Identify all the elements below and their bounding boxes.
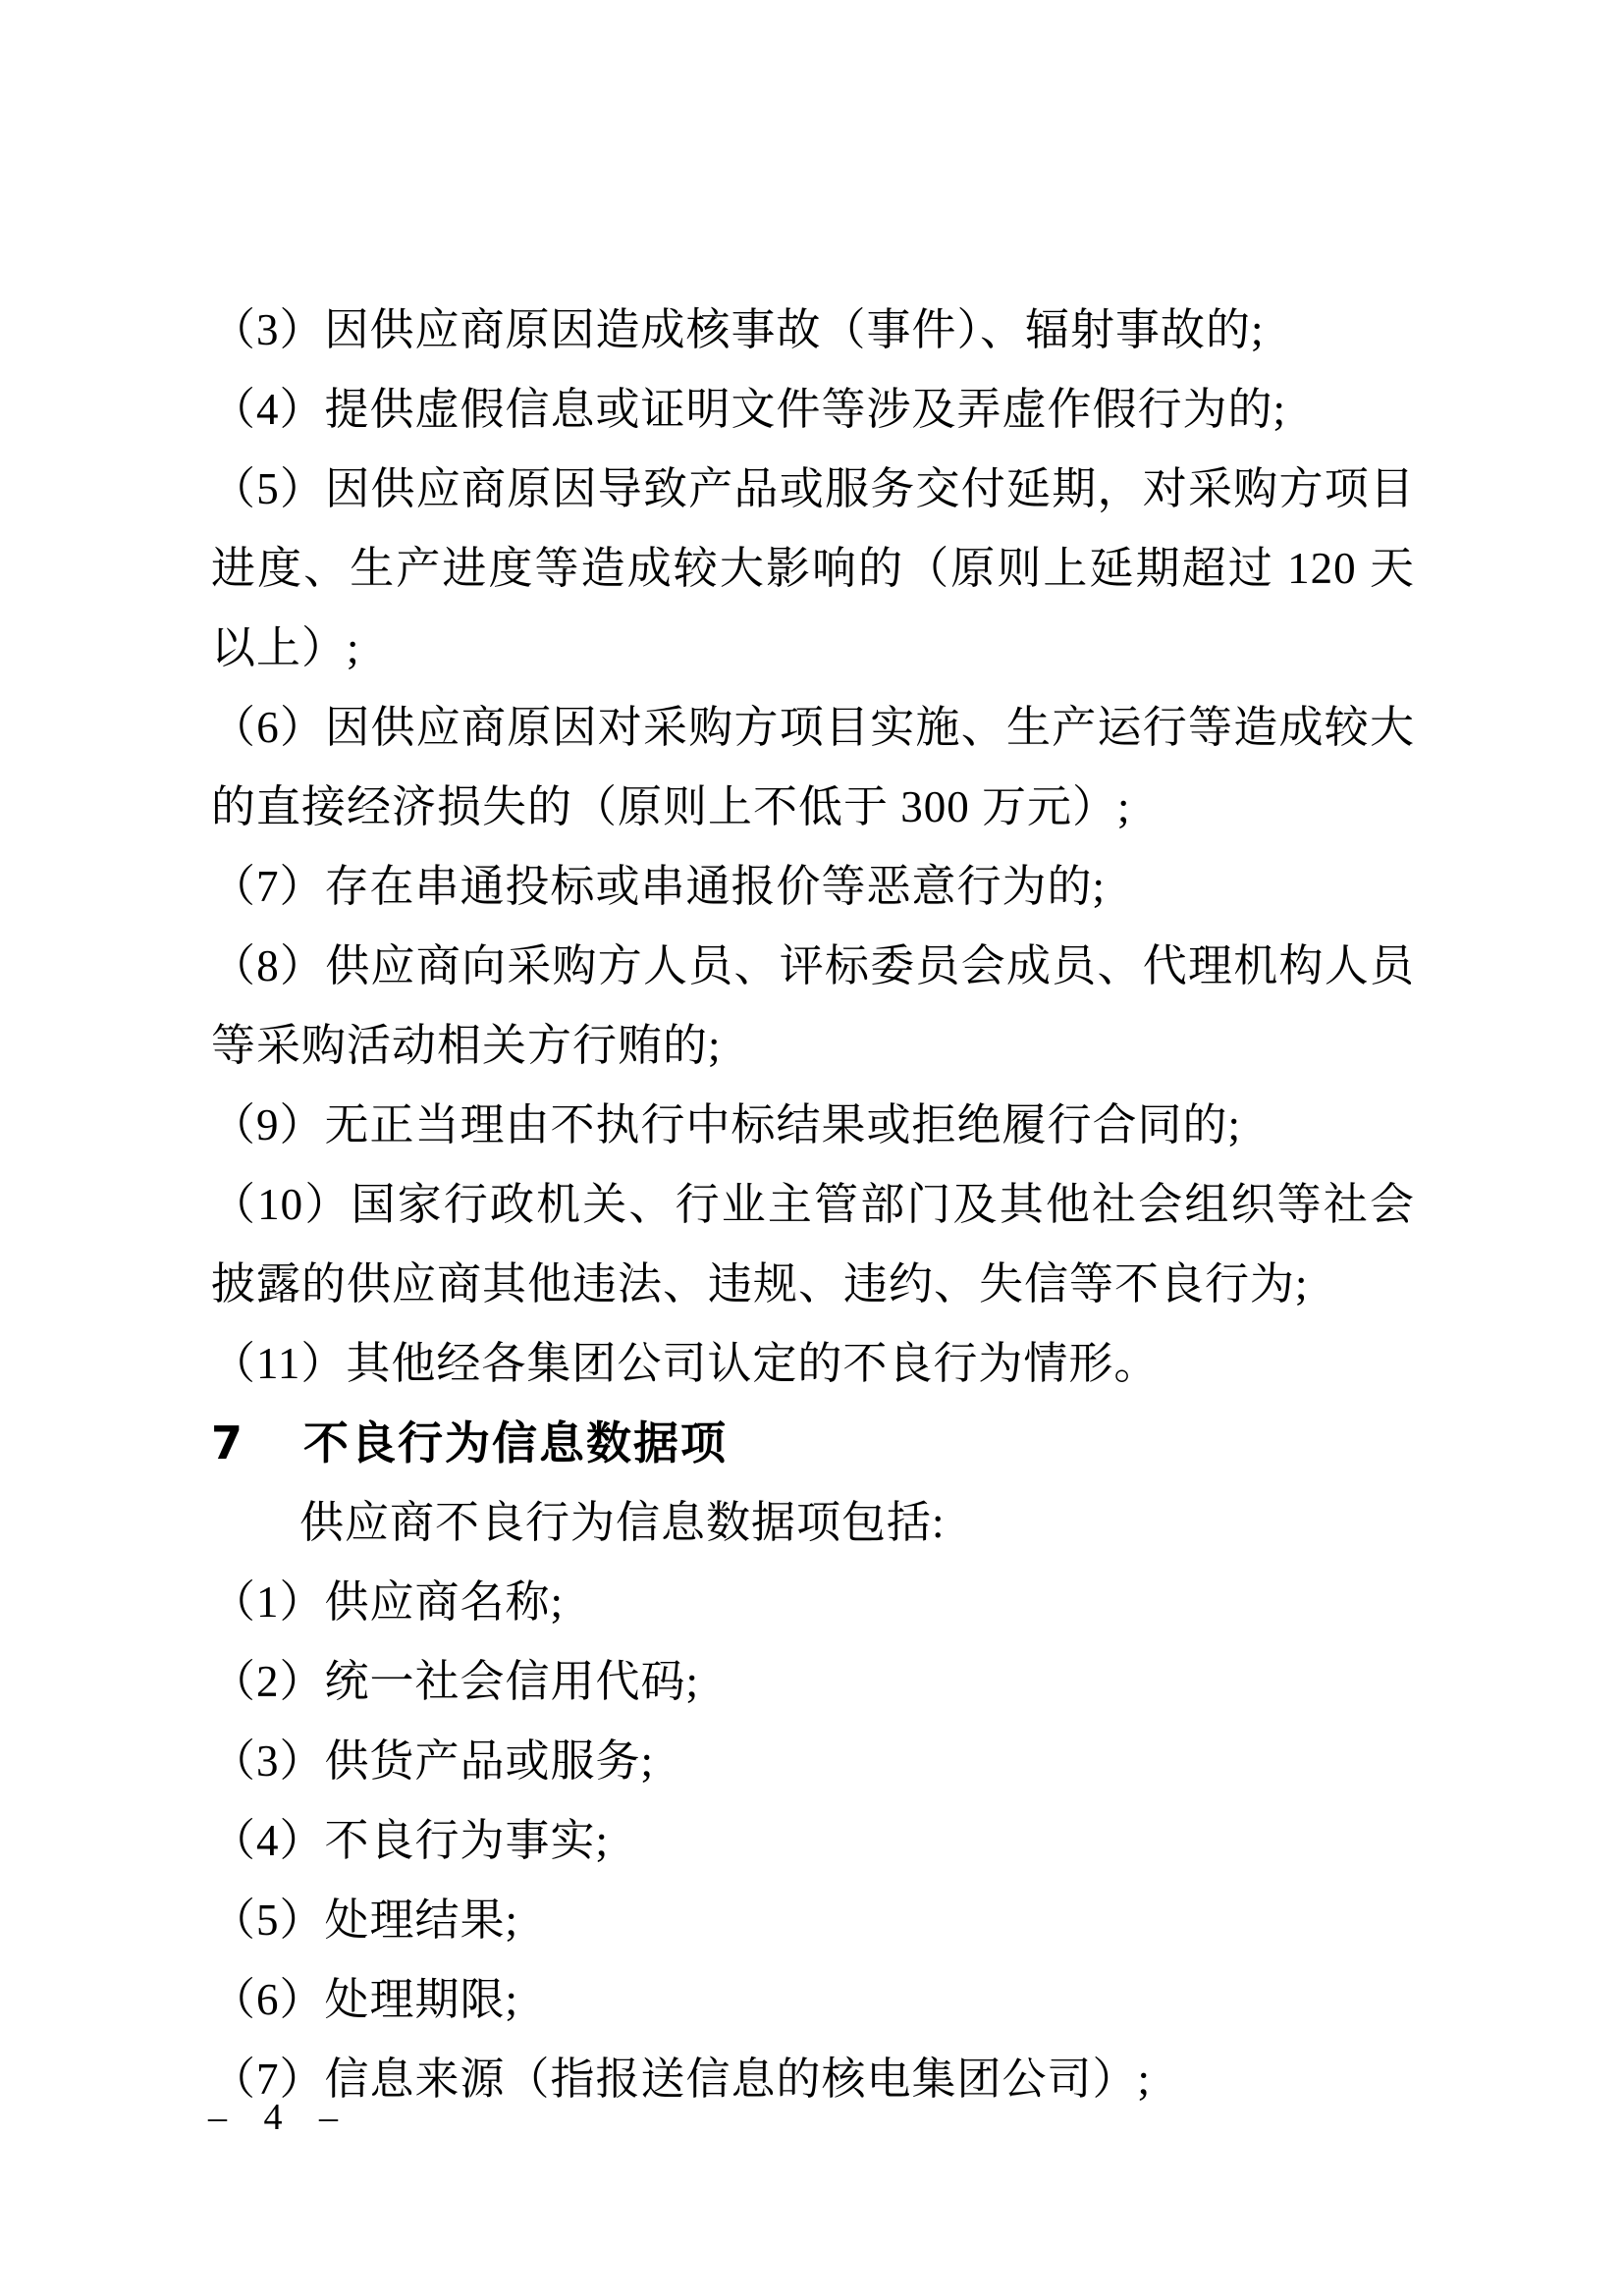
clause-10: （10）国家行政机关、行业主管部门及其他社会组织等社会披露的供应商其他违法、违规… bbox=[211, 1165, 1415, 1324]
clause-8: （8）供应商向采购方人员、评标委员会成员、代理机构人员等采购活动相关方行贿的; bbox=[211, 927, 1415, 1086]
clause-3: （3）因供应商原因造成核事故（事件）、辐射事故的; bbox=[211, 291, 1415, 370]
clause-11: （11）其他经各集团公司认定的不良行为情形。 bbox=[211, 1324, 1415, 1404]
clause-9: （9）无正当理由不执行中标结果或拒绝履行合同的; bbox=[211, 1086, 1415, 1165]
section-title: 不良行为信息数据项 bbox=[303, 1416, 728, 1469]
data-item-6: （6）处理期限; bbox=[211, 1960, 1415, 2040]
clause-7: （7）存在串通投标或串通报价等恶意行为的; bbox=[211, 847, 1415, 927]
section-intro: 供应商不良行为信息数据项包括: bbox=[211, 1483, 1415, 1563]
document-page: （3）因供应商原因造成核事故（事件）、辐射事故的; （4）提供虚假信息或证明文件… bbox=[0, 0, 1624, 2296]
section-heading: 7 不良行为信息数据项 bbox=[211, 1404, 1415, 1483]
clause-5: （5）因供应商原因导致产品或服务交付延期，对采购方项目进度、生产进度等造成较大影… bbox=[211, 450, 1415, 688]
page-number: – 4 – bbox=[208, 2097, 352, 2138]
data-item-5: （5）处理结果; bbox=[211, 1881, 1415, 1960]
data-item-2: （2）统一社会信用代码; bbox=[211, 1642, 1415, 1722]
clause-6: （6）因供应商原因对采购方项目实施、生产运行等造成较大的直接经济损失的（原则上不… bbox=[211, 688, 1415, 847]
data-item-3: （3）供货产品或服务; bbox=[211, 1722, 1415, 1801]
data-item-4: （4）不良行为事实; bbox=[211, 1801, 1415, 1881]
data-item-1: （1）供应商名称; bbox=[211, 1563, 1415, 1642]
data-item-7: （7）信息来源（指报送信息的核电集团公司）; bbox=[211, 2040, 1415, 2119]
document-body: （3）因供应商原因造成核事故（事件）、辐射事故的; （4）提供虚假信息或证明文件… bbox=[211, 291, 1415, 2119]
section-number: 7 bbox=[211, 1416, 244, 1469]
clause-4: （4）提供虚假信息或证明文件等涉及弄虚作假行为的; bbox=[211, 370, 1415, 450]
